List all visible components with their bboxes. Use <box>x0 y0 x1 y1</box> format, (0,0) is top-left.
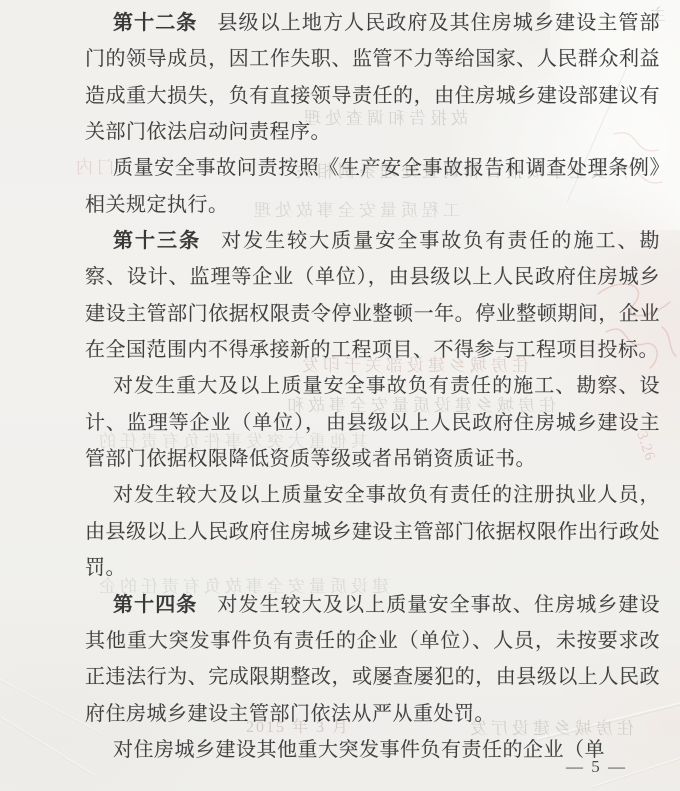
document-body: 第十二条县级以上地方人民政府及其住房城乡建设主管部门的领导成员，因工作失职、监管… <box>85 5 660 768</box>
page-number: — 5 — <box>566 757 627 777</box>
article-number: 第十三条 <box>113 230 201 252</box>
paragraph: 质量安全事故问责按照《生产安全事故报告和调查处理条例》相关规定执行。 <box>85 150 660 223</box>
paragraph: 第十三条对发生较大质量安全事故负有责任的施工、勘察、设计、监理等企业（单位），由… <box>85 223 660 368</box>
paper-crease <box>0 710 93 775</box>
paragraph: 第十四条对发生较大及以上质量安全事故、住房城乡建设其他重大突发事件负有责任的企业… <box>85 587 660 732</box>
article-number: 第十四条 <box>113 594 197 616</box>
paragraph: 对发生较大及以上质量安全事故负有责任的注册执业人员，由县级以上人民政府住房城乡建… <box>85 477 660 586</box>
scanned-document-page: 主 故报告和调查处理 产安全事故报告和调查处理条例相关 工程质量安全事故处理 住… <box>0 0 680 791</box>
paragraph-text: 质量安全事故问责按照《生产安全事故报告和调查处理条例》相关规定执行。 <box>85 157 660 215</box>
article-number: 第十二条 <box>113 12 197 34</box>
paragraph-text: 对发生较大及以上质量安全事故负有责任的注册执业人员，由县级以上人民政府住房城乡建… <box>85 484 660 579</box>
paragraph-text: 对住房城乡建设其他重大突发事件负有责任的企业（单 <box>113 739 605 761</box>
paragraph: 第十二条县级以上地方人民政府及其住房城乡建设主管部门的领导成员，因工作失职、监管… <box>85 5 660 150</box>
paragraph-text: 对发生重大及以上质量安全事故负有责任的施工、勘察、设计、监理等企业（单位），由县… <box>85 375 660 470</box>
paragraph: 对发生重大及以上质量安全事故负有责任的施工、勘察、设计、监理等企业（单位），由县… <box>85 368 660 477</box>
